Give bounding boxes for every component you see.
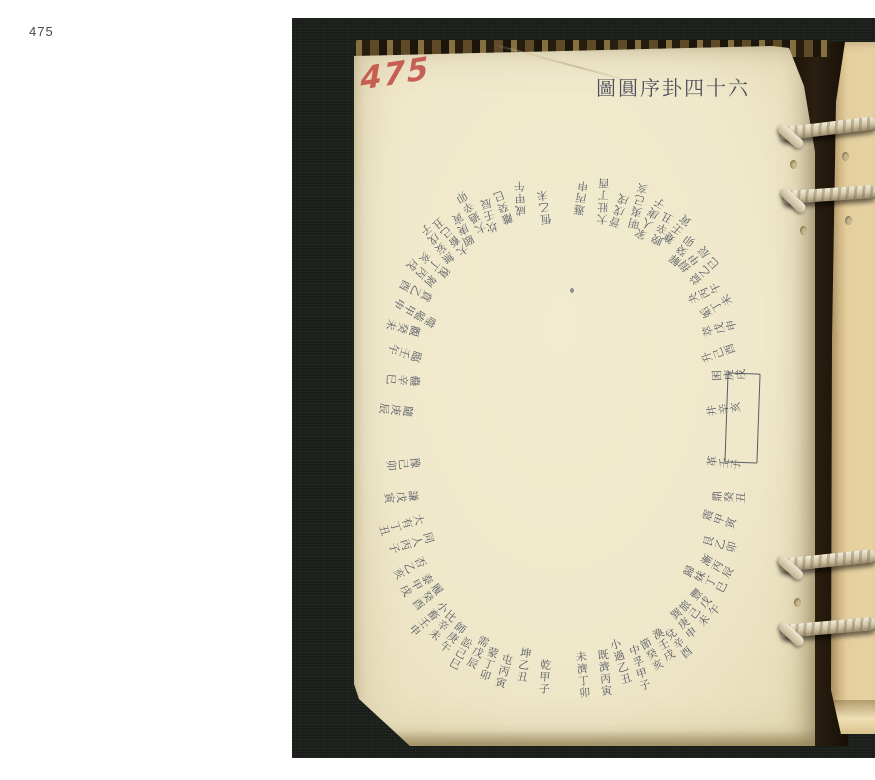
stitch-hole (845, 216, 852, 225)
scan-page-number-label: 475 (29, 24, 54, 39)
scanned-book-photo: 475 475 圖圓序卦四十六 乾甲子坤乙丑屯丙寅蒙丁卯需戊辰訟己巳師庚午比辛未… (0, 0, 875, 780)
hexagram-entry-咸: 咸甲午 (512, 180, 530, 217)
ink-speck (570, 288, 574, 293)
hexagram-entry-鼎: 鼎癸丑 (710, 489, 747, 507)
diagram-title: 圖圓序卦四十六 (596, 72, 750, 101)
stitch-hole (794, 598, 801, 607)
hexagram-entry-乾: 乾甲子 (535, 659, 553, 696)
boxed-hexagrams-frame (724, 372, 760, 463)
stitch-hole (790, 160, 797, 169)
hexagram-entry-蠱: 蠱辛巳 (385, 369, 422, 388)
stitch-hole (842, 152, 849, 161)
stitch-hole (800, 226, 807, 235)
